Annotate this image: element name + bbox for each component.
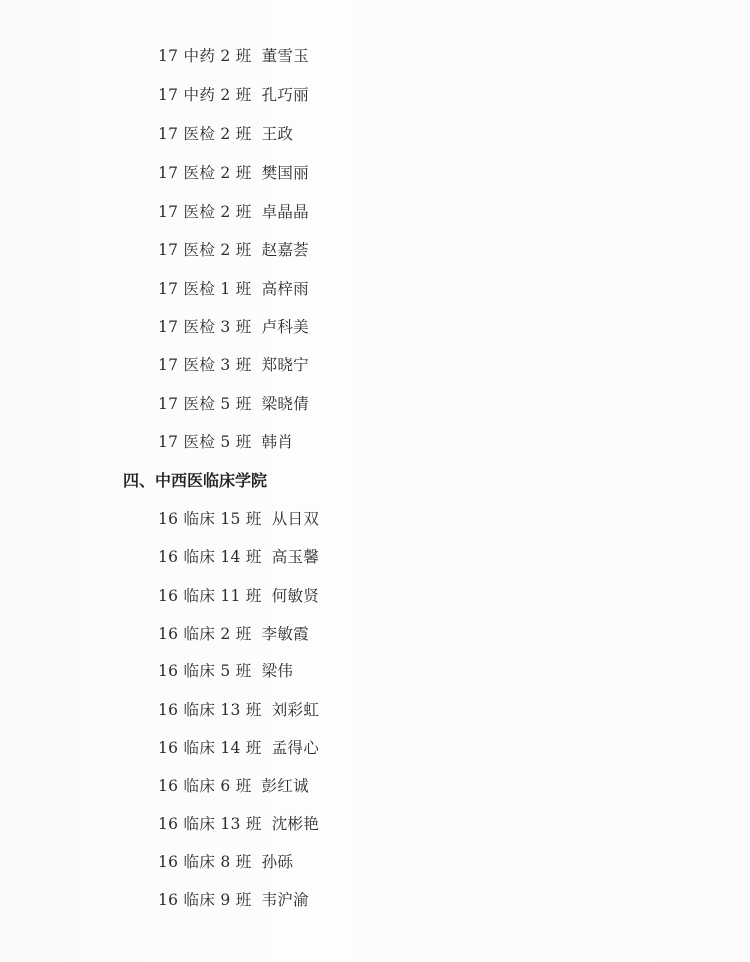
list-item: 16 临床 2 班李敏霞 (158, 624, 309, 644)
list-item: 16 临床 14 班孟得心 (158, 738, 319, 758)
class-label: 16 临床 2 班 (158, 624, 252, 644)
section-heading: 四、中西医临床学院 (123, 471, 267, 491)
list-item: 16 临床 15 班从日双 (158, 509, 319, 529)
class-label: 17 医检 1 班 (158, 279, 252, 299)
student-name: 孙砾 (262, 852, 294, 872)
class-label: 17 医检 3 班 (158, 355, 252, 375)
student-name: 卢科美 (262, 317, 309, 337)
list-item: 17 医检 2 班卓晶晶 (158, 202, 309, 222)
student-name: 高玉馨 (272, 547, 319, 567)
class-label: 17 中药 2 班 (158, 85, 252, 105)
student-name: 彭红诚 (262, 776, 309, 796)
list-item: 17 医检 1 班高梓雨 (158, 279, 309, 299)
student-name: 刘彩虹 (272, 700, 319, 720)
class-label: 16 临床 13 班 (158, 814, 262, 834)
class-label: 16 临床 15 班 (158, 509, 262, 529)
class-label: 17 医检 2 班 (158, 240, 252, 260)
list-item: 16 临床 9 班韦沪渝 (158, 890, 309, 910)
student-name: 沈彬艳 (272, 814, 319, 834)
list-item: 16 临床 11 班何敏贤 (158, 586, 319, 606)
list-item: 17 医检 5 班梁晓倩 (158, 394, 309, 414)
list-item: 17 医检 3 班卢科美 (158, 317, 309, 337)
class-label: 17 医检 2 班 (158, 124, 252, 144)
student-name: 孔巧丽 (262, 85, 309, 105)
list-item: 16 临床 6 班彭红诚 (158, 776, 309, 796)
student-name: 孟得心 (272, 738, 319, 758)
class-label: 16 临床 13 班 (158, 700, 262, 720)
student-name: 从日双 (272, 509, 319, 529)
student-name: 卓晶晶 (262, 202, 309, 222)
student-name: 何敏贤 (272, 586, 319, 606)
class-label: 16 临床 14 班 (158, 738, 262, 758)
class-label: 16 临床 14 班 (158, 547, 262, 567)
list-item: 16 临床 14 班高玉馨 (158, 547, 319, 567)
student-name: 韦沪渝 (262, 890, 309, 910)
student-name: 梁晓倩 (262, 394, 309, 414)
student-name: 李敏霞 (262, 624, 309, 644)
student-name: 郑晓宁 (262, 355, 309, 375)
list-item: 16 临床 13 班刘彩虹 (158, 700, 319, 720)
class-label: 17 医检 5 班 (158, 394, 252, 414)
student-name: 赵嘉荟 (262, 240, 309, 260)
class-label: 16 临床 5 班 (158, 661, 252, 681)
student-name: 王政 (262, 124, 294, 144)
class-label: 16 临床 8 班 (158, 852, 252, 872)
student-name: 韩肖 (262, 432, 294, 452)
list-item: 16 临床 5 班梁伟 (158, 661, 293, 681)
document-page: 17 中药 2 班董雪玉 17 中药 2 班孔巧丽 17 医检 2 班王政 17… (0, 0, 750, 962)
list-item: 17 中药 2 班董雪玉 (158, 46, 309, 66)
student-name: 樊国丽 (262, 163, 309, 183)
list-item: 17 中药 2 班孔巧丽 (158, 85, 309, 105)
student-name: 梁伟 (262, 661, 294, 681)
class-label: 16 临床 9 班 (158, 890, 252, 910)
class-label: 17 中药 2 班 (158, 46, 252, 66)
list-item: 17 医检 5 班韩肖 (158, 432, 293, 452)
list-item: 17 医检 3 班郑晓宁 (158, 355, 309, 375)
class-label: 16 临床 6 班 (158, 776, 252, 796)
class-label: 17 医检 2 班 (158, 163, 252, 183)
student-name: 高梓雨 (262, 279, 309, 299)
list-item: 16 临床 8 班孙砾 (158, 852, 293, 872)
class-label: 17 医检 3 班 (158, 317, 252, 337)
list-item: 17 医检 2 班王政 (158, 124, 293, 144)
list-item: 17 医检 2 班樊国丽 (158, 163, 309, 183)
class-label: 17 医检 5 班 (158, 432, 252, 452)
class-label: 17 医检 2 班 (158, 202, 252, 222)
list-item: 16 临床 13 班沈彬艳 (158, 814, 319, 834)
student-name: 董雪玉 (262, 46, 309, 66)
list-item: 17 医检 2 班赵嘉荟 (158, 240, 309, 260)
class-label: 16 临床 11 班 (158, 586, 262, 606)
